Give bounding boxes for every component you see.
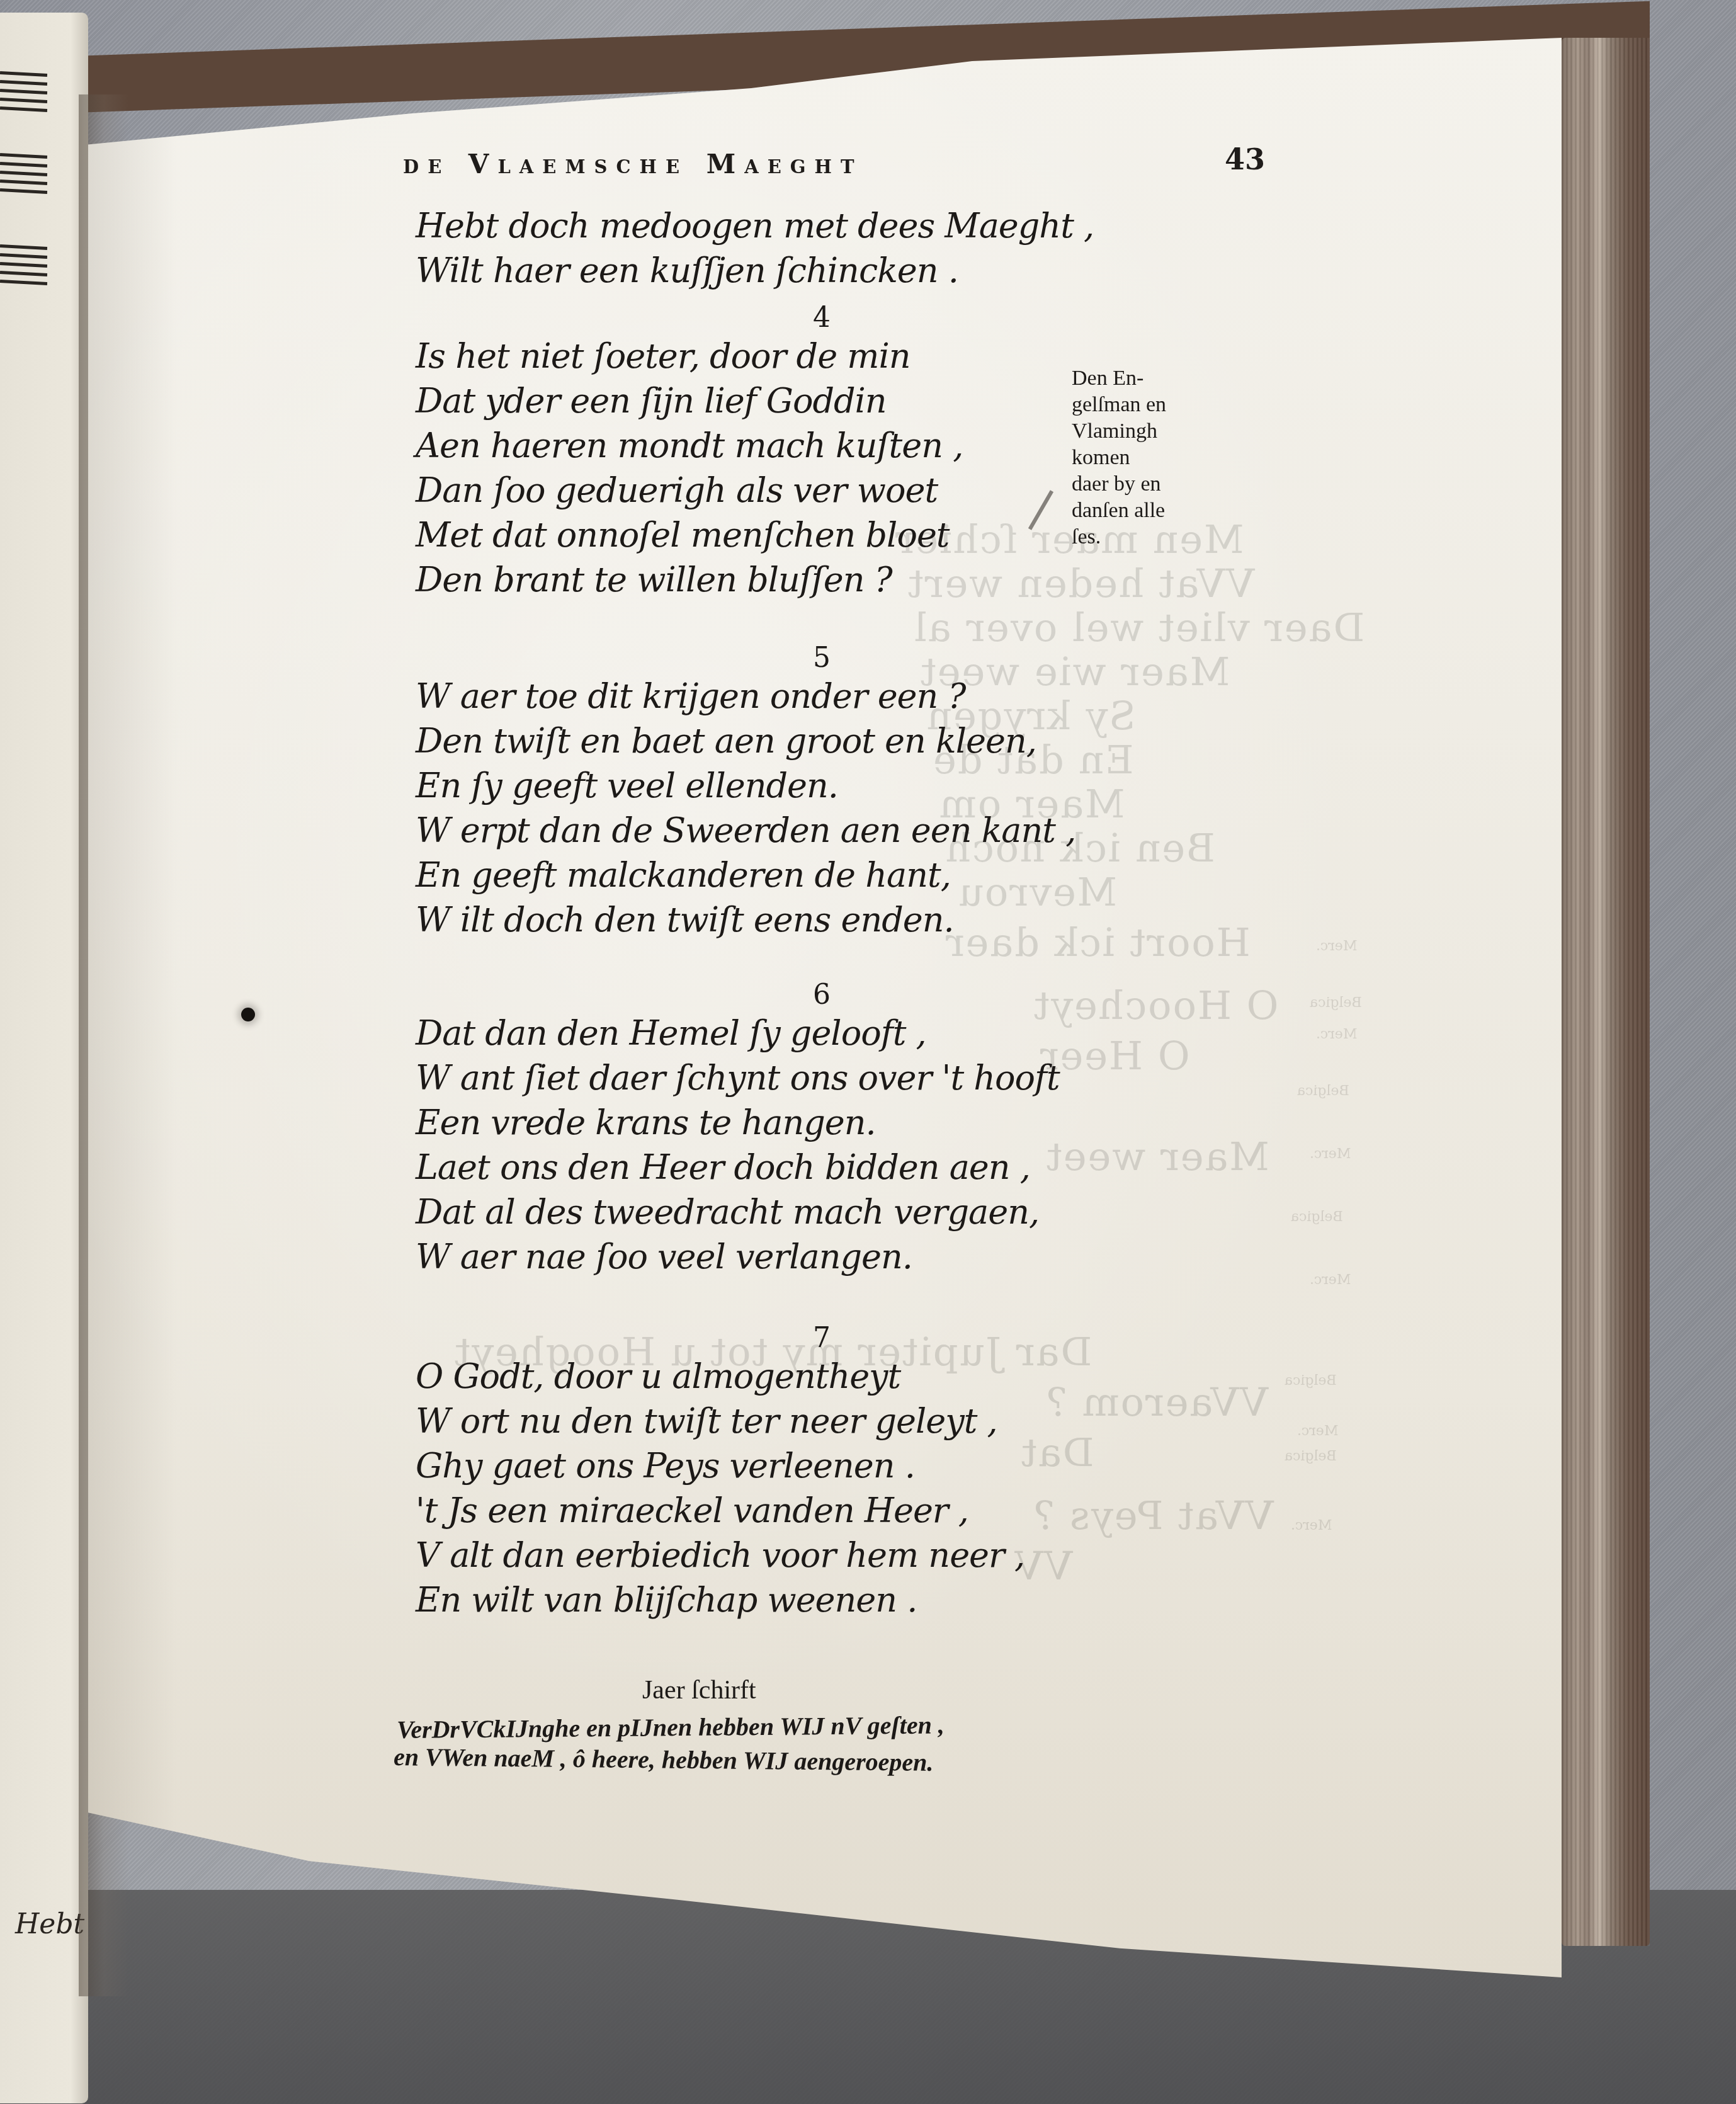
- stanza-number: 5: [416, 642, 1045, 674]
- verse-line: Wilt haer een kuſſjen ſchincken .: [416, 248, 1234, 293]
- verse-line: Dat dan den Hemel ſy gelooft ,: [416, 1011, 1234, 1055]
- stanza-6: 6 Dat dan den Hemel ſy gelooft , W ant ſ…: [416, 979, 1234, 1279]
- verse-line: W ant ſiet daer ſchynt ons over 't hooft: [416, 1055, 1234, 1100]
- running-head: de Vlaemsche Maeght: [403, 149, 863, 179]
- stanza-7: 7 O Godt, door u almogentheyt W ort nu d…: [416, 1322, 1234, 1622]
- verse-line: En ſy geeft veel ellenden.: [416, 763, 1234, 808]
- music-staff-rules: [0, 246, 47, 290]
- verse-line: V alt dan eerbiedich voor hem neer ,: [416, 1533, 1234, 1578]
- opening-lines: Hebt doch medoogen met dees Maeght , Wil…: [416, 203, 1234, 293]
- left-page-edge: Hebt: [0, 13, 88, 2103]
- verse-line: En wilt van blijſchap weenen .: [416, 1578, 1234, 1622]
- verse-line: W aer nae ſoo veel verlangen.: [416, 1234, 1234, 1279]
- verse-line: W ort nu den twiſt ter neer geleyt ,: [416, 1399, 1234, 1443]
- verse-line: En geeft malckanderen de hant,: [416, 853, 1234, 897]
- verse-line: Laet ons den Heer doch bidden aen ,: [416, 1145, 1234, 1190]
- ink-spot: [241, 1008, 255, 1021]
- verse-line: W ilt doch den twiſt eens enden.: [416, 897, 1234, 942]
- music-staff-rules: [0, 72, 47, 117]
- verse-line: Hebt doch medoogen met dees Maeght ,: [416, 203, 1234, 248]
- verse-line: Een vrede krans te hangen.: [416, 1100, 1234, 1145]
- music-staff-rules: [0, 154, 47, 198]
- verse-line: Dat al des tweedracht mach vergaen,: [416, 1190, 1234, 1234]
- marginal-note: Den En- gelſman en Vlamingh komen daer b…: [1072, 365, 1217, 550]
- stanza-number: 7: [416, 1322, 1045, 1354]
- verse-line: 't Js een miraeckel vanden Heer ,: [416, 1488, 1234, 1533]
- verse-line: W aer toe dit krijgen onder een ?: [416, 674, 1234, 719]
- chronogram-line: VerDrVCkIJnghe en pIJnen hebben WIJ nV g…: [397, 1709, 1121, 1744]
- book-page-block-fore-edge: [1562, 38, 1650, 1946]
- verse-line: W erpt dan de Sweerden aen een kant ,: [416, 808, 1234, 853]
- verse-line: Ghy gaet ons Peys verleenen .: [416, 1443, 1234, 1488]
- chronogram-title: Jaer ſchirft: [642, 1675, 756, 1705]
- verse-line: Den twiſt en baet aen groot en kleen,: [416, 719, 1234, 763]
- stanza-number: 6: [416, 979, 1045, 1011]
- page-number: 43: [1225, 142, 1265, 176]
- verse-line: Den brant te willen bluſſen ?: [416, 557, 1234, 602]
- stanza-number: 4: [416, 302, 1045, 334]
- verse-line: O Godt, door u almogentheyt: [416, 1354, 1234, 1399]
- stanza-5: 5 W aer toe dit krijgen onder een ? Den …: [416, 642, 1234, 942]
- catchword: Hebt: [15, 1908, 84, 1940]
